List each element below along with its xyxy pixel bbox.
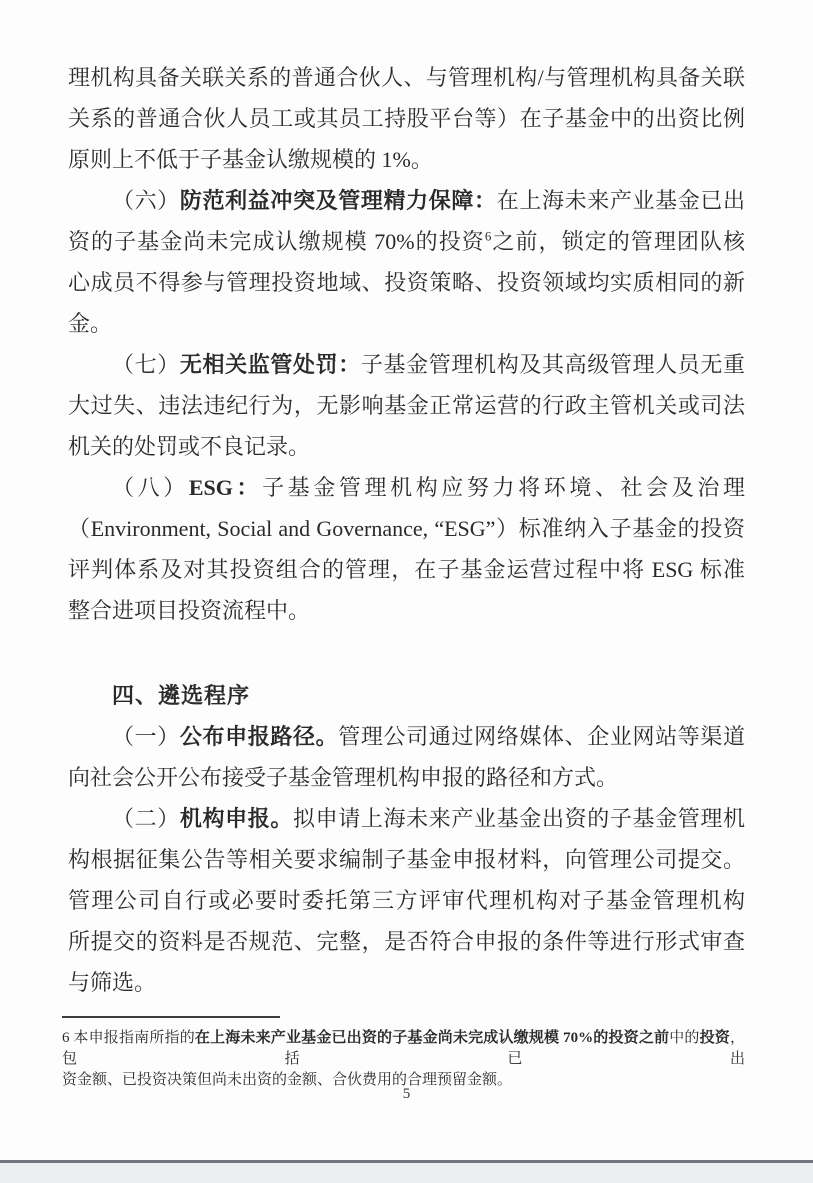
bold-text-run: 公布申报路径。 bbox=[180, 724, 338, 749]
text-line: 四、遴选程序 bbox=[68, 675, 745, 716]
footnote-area: 6 本申报指南所指的在上海未来产业基金已出资的子基金尚未完成认缴规模 70%的投… bbox=[62, 1016, 745, 1091]
text-line: （七）无相关监管处罚：子基金管理机构及其高级管理人员无重 bbox=[68, 344, 745, 385]
text-run: （六） bbox=[112, 188, 180, 213]
text-run: 金。 bbox=[68, 311, 112, 336]
text-run: 原则上不低于子基金认缴规模的 1%。 bbox=[68, 147, 433, 172]
text-line: 心成员不得参与管理投资地域、投资策略、投资领域均实质相同的新基 bbox=[68, 262, 745, 303]
paragraph: （七）无相关监管处罚：子基金管理机构及其高级管理人员无重大过失、违法违纪行为，无… bbox=[68, 344, 745, 467]
bold-text-run: 在上海未来产业基金已出资的子基金尚未完成认缴规模 70%的投资之前 bbox=[195, 1030, 669, 1046]
text-run: （七） bbox=[112, 352, 180, 377]
bold-text-run: 机构申报。 bbox=[180, 806, 293, 831]
text-line: （二）机构申报。拟申请上海未来产业基金出资的子基金管理机 bbox=[68, 798, 745, 839]
text-run: （一） bbox=[112, 724, 180, 749]
bold-text-run: 防范利益冲突及管理精力保障： bbox=[180, 188, 497, 213]
bold-text-run: 无相关监管处罚： bbox=[180, 352, 361, 377]
text-run: 整合进项目投资流程中。 bbox=[68, 598, 310, 623]
text-line: 构根据征集公告等相关要求编制子基金申报材料，向管理公司提交。 bbox=[68, 839, 745, 880]
text-line: 关系的普通合伙人员工或其员工持股平台等）在子基金中的出资比例 bbox=[68, 98, 745, 139]
text-run: 大过失、违法违纪行为，无影响基金正常运营的行政主管机关或司法 bbox=[68, 393, 745, 418]
text-line: 所提交的资料是否规范、完整，是否符合申报的条件等进行形式审查 bbox=[68, 921, 745, 962]
text-line: 评判体系及对其投资组合的管理，在子基金运营过程中将 ESG 标准 bbox=[68, 549, 745, 590]
text-run: 所提交的资料是否规范、完整，是否符合申报的条件等进行形式审查 bbox=[68, 929, 745, 954]
text-run: （八） bbox=[112, 475, 189, 500]
paragraph: （一）公布申报路径。管理公司通过网络媒体、企业网站等渠道向社会公开公布接受子基金… bbox=[68, 716, 745, 798]
text-line: （Environment, Social and Governance, “ES… bbox=[68, 508, 745, 549]
text-run: 关系的普通合伙人员工或其员工持股平台等）在子基金中的出资比例 bbox=[68, 106, 745, 131]
bold-text-run: ESG： bbox=[189, 475, 262, 500]
text-run: 资的子基金尚未完成认缴规模 70%的投资 bbox=[68, 229, 485, 254]
text-run: 子基金管理机构及其高级管理人员无重 bbox=[361, 352, 745, 377]
text-line: 整合进项目投资流程中。 bbox=[68, 590, 745, 631]
section-heading: 四、遴选程序 bbox=[68, 675, 745, 716]
text-line: 6 本申报指南所指的在上海未来产业基金已出资的子基金尚未完成认缴规模 70%的投… bbox=[62, 1028, 745, 1070]
paragraph: （八）ESG：子基金管理机构应努力将环境、社会及治理（Environment, … bbox=[68, 467, 745, 631]
page-bottom-edge bbox=[0, 1160, 813, 1173]
document-page: 理机构具备关联关系的普通合伙人、与管理机构/与管理机构具备关联关系的普通合伙人员… bbox=[0, 0, 813, 1173]
text-run: 中的 bbox=[669, 1030, 699, 1046]
text-run: （Environment, Social and Governance, “ES… bbox=[68, 516, 745, 541]
text-line: 向社会公开公布接受子基金管理机构申报的路径和方式。 bbox=[68, 757, 745, 798]
text-run: 与筛选。 bbox=[68, 970, 156, 995]
text-line: 理机构具备关联关系的普通合伙人、与管理机构/与管理机构具备关联 bbox=[68, 57, 745, 98]
paragraph: （二）机构申报。拟申请上海未来产业基金出资的子基金管理机构根据征集公告等相关要求… bbox=[68, 798, 745, 1003]
text-line: 大过失、违法违纪行为，无影响基金正常运营的行政主管机关或司法 bbox=[68, 385, 745, 426]
text-line: 机关的处罚或不良记录。 bbox=[68, 426, 745, 467]
text-run: 心成员不得参与管理投资地域、投资策略、投资领域均实质相同的新基 bbox=[68, 270, 745, 303]
page-number: 5 bbox=[0, 1086, 813, 1103]
document-body: 理机构具备关联关系的普通合伙人、与管理机构/与管理机构具备关联关系的普通合伙人员… bbox=[68, 57, 745, 1003]
text-run: （二） bbox=[112, 806, 180, 831]
text-run: 拟申请上海未来产业基金出资的子基金管理机 bbox=[293, 806, 745, 831]
footnote: 6 本申报指南所指的在上海未来产业基金已出资的子基金尚未完成认缴规模 70%的投… bbox=[62, 1028, 745, 1091]
text-line: （一）公布申报路径。管理公司通过网络媒体、企业网站等渠道 bbox=[68, 716, 745, 757]
text-line: 金。 bbox=[68, 303, 745, 344]
text-run: 子基金管理机构应努力将环境、社会及治理 bbox=[262, 475, 745, 500]
text-run: 管理公司通过网络媒体、企业网站等渠道 bbox=[338, 724, 745, 749]
paragraph: 理机构具备关联关系的普通合伙人、与管理机构/与管理机构具备关联关系的普通合伙人员… bbox=[68, 57, 745, 180]
text-run: 在上海未来产业基金已出 bbox=[497, 188, 745, 213]
paragraph: （六）防范利益冲突及管理精力保障：在上海未来产业基金已出资的子基金尚未完成认缴规… bbox=[68, 180, 745, 344]
text-run: 6 本申报指南所指的 bbox=[62, 1030, 195, 1046]
text-run: 构根据征集公告等相关要求编制子基金申报材料，向管理公司提交。 bbox=[68, 847, 745, 872]
text-line: 与筛选。 bbox=[68, 962, 745, 1003]
text-run: 理机构具备关联关系的普通合伙人、与管理机构/与管理机构具备关联 bbox=[68, 65, 745, 90]
bold-text-run: 四、遴选程序 bbox=[112, 683, 250, 708]
bold-text-run: 投资 bbox=[700, 1030, 730, 1046]
text-line: 资的子基金尚未完成认缴规模 70%的投资6之前，锁定的管理团队核 bbox=[68, 221, 745, 262]
text-run: 之前，锁定的管理团队核 bbox=[491, 229, 745, 254]
text-line: 原则上不低于子基金认缴规模的 1%。 bbox=[68, 139, 745, 180]
text-run: 评判体系及对其投资组合的管理，在子基金运营过程中将 ESG 标准 bbox=[68, 557, 745, 582]
text-run: 向社会公开公布接受子基金管理机构申报的路径和方式。 bbox=[68, 765, 618, 790]
footnote-separator bbox=[62, 1016, 280, 1018]
text-line: 管理公司自行或必要时委托第三方评审代理机构对子基金管理机构 bbox=[68, 880, 745, 921]
text-line: （八）ESG：子基金管理机构应努力将环境、社会及治理 bbox=[68, 467, 745, 508]
text-run: 机关的处罚或不良记录。 bbox=[68, 434, 310, 459]
text-run: 管理公司自行或必要时委托第三方评审代理机构对子基金管理机构 bbox=[68, 888, 745, 913]
text-line: （六）防范利益冲突及管理精力保障：在上海未来产业基金已出 bbox=[68, 180, 745, 221]
